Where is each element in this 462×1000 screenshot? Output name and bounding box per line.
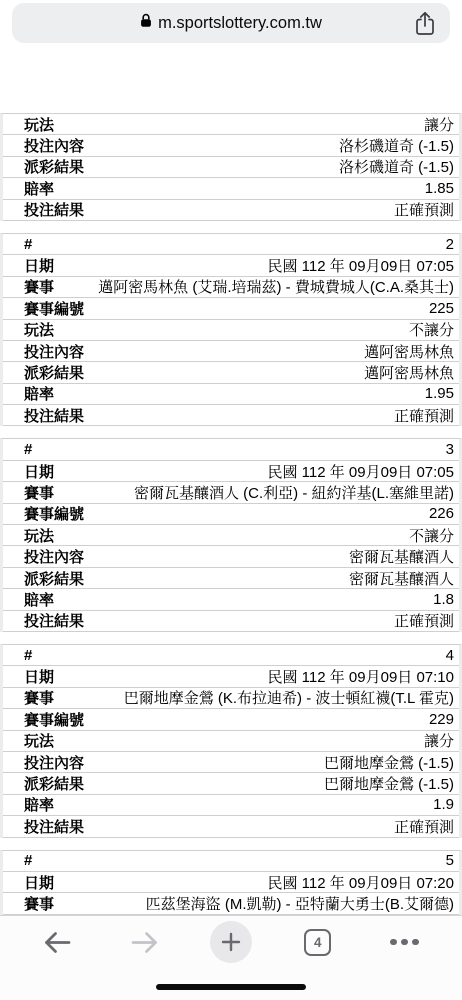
- page-content[interactable]: 玩法讓分投注內容洛杉磯道奇 (-1.5)派彩結果洛杉磯道奇 (-1.5)賠率1.…: [0, 113, 462, 915]
- tabs-button[interactable]: 4: [274, 929, 361, 956]
- row-value: 民國 112 年 09月09日 07:10: [268, 666, 455, 687]
- row-value: 民國 112 年 09月09日 07:20: [268, 872, 455, 893]
- ellipsis-icon: [390, 939, 419, 946]
- address-bar[interactable]: m.sportslottery.com.tw: [12, 3, 450, 43]
- row-value: 讓分: [424, 730, 454, 751]
- row-label: 賽事: [24, 482, 54, 503]
- table-row: 賽事密爾瓦基釀酒人 (C.利亞) - 紐約洋基(L.塞維里諾): [3, 482, 459, 503]
- row-label: 派彩結果: [24, 362, 84, 383]
- row-value: 226: [429, 505, 454, 522]
- row-value: 5: [446, 852, 454, 869]
- back-arrow-icon: [42, 929, 73, 956]
- table-row: 投注結果正確預測: [3, 611, 459, 632]
- record-block: #2日期民國 112 年 09月09日 07:05賽事邁阿密馬林魚 (艾瑞.培瑞…: [0, 233, 462, 427]
- row-label: 派彩結果: [24, 156, 84, 177]
- row-label: 派彩結果: [24, 773, 84, 794]
- row-label: 賽事編號: [24, 709, 84, 730]
- row-label: 投注內容: [24, 135, 84, 156]
- browser-window: 12:26 4G 56 m.sportslottery.com.tw: [0, 3, 462, 1000]
- row-label: 日期: [24, 666, 54, 687]
- row-label: 投注結果: [24, 610, 84, 631]
- table-row: #2: [3, 234, 459, 255]
- row-value: 邁阿密馬林魚: [364, 341, 454, 362]
- row-label: 玩法: [24, 525, 54, 546]
- row-label: 日期: [24, 461, 54, 482]
- table-row: 派彩結果密爾瓦基釀酒人: [3, 568, 459, 589]
- more-button[interactable]: [361, 939, 448, 946]
- row-value: 巴爾地摩金鶯 (-1.5): [324, 773, 454, 794]
- home-indicator[interactable]: [156, 984, 306, 990]
- url-text: m.sportslottery.com.tw: [158, 14, 322, 33]
- table-row: 賽事匹茲堡海盜 (M.凱勒) - 亞特蘭大勇士(B.艾爾德): [3, 893, 459, 914]
- row-value: 巴爾地摩金鶯 (K.布拉迪希) - 波士頓紅襪(T.L 霍克): [124, 687, 454, 708]
- row-label: 投注結果: [24, 199, 84, 220]
- row-label: 投注內容: [24, 341, 84, 362]
- new-tab-button[interactable]: [188, 921, 275, 963]
- row-label: #: [24, 441, 32, 458]
- row-label: 賽事: [24, 893, 54, 914]
- share-button[interactable]: [413, 11, 437, 35]
- table-row: 賠率1.95: [3, 384, 459, 405]
- row-label: 投注結果: [24, 405, 84, 426]
- row-value: 邁阿密馬林魚 (艾瑞.培瑞茲) - 費城費城人(C.A.桑其士): [98, 276, 454, 297]
- table-row: 賽事邁阿密馬林魚 (艾瑞.培瑞茲) - 費城費城人(C.A.桑其士): [3, 277, 459, 298]
- table-row: #5: [3, 851, 459, 872]
- row-label: #: [24, 852, 32, 869]
- row-value: 正確預測: [394, 199, 454, 220]
- table-row: 賠率1.8: [3, 589, 459, 610]
- row-label: #: [24, 647, 32, 664]
- row-value: 不讓分: [409, 319, 454, 340]
- address-bar-row: m.sportslottery.com.tw: [12, 3, 450, 43]
- table-row: 玩法讓分: [3, 114, 459, 135]
- row-label: 賠率: [24, 794, 54, 815]
- table-row: 日期民國 112 年 09月09日 07:10: [3, 666, 459, 687]
- row-label: 日期: [24, 872, 54, 893]
- row-value: 讓分: [424, 114, 454, 135]
- row-label: 賽事: [24, 276, 54, 297]
- table-row: 賽事編號229: [3, 709, 459, 730]
- table-row: 日期民國 112 年 09月09日 07:05: [3, 461, 459, 482]
- row-label: 玩法: [24, 730, 54, 751]
- row-value: 不讓分: [409, 525, 454, 546]
- row-value: 1.85: [425, 180, 454, 197]
- table-row: 投注內容密爾瓦基釀酒人: [3, 546, 459, 567]
- row-value: 225: [429, 300, 454, 317]
- table-row: 玩法讓分: [3, 731, 459, 752]
- row-label: 玩法: [24, 319, 54, 340]
- row-label: 派彩結果: [24, 568, 84, 589]
- row-label: 投注內容: [24, 546, 84, 567]
- record-block: #3日期民國 112 年 09月09日 07:05賽事密爾瓦基釀酒人 (C.利亞…: [0, 438, 462, 632]
- forward-button[interactable]: [101, 929, 188, 956]
- row-label: 玩法: [24, 114, 54, 135]
- row-value: 4: [446, 647, 454, 664]
- table-row: 投注結果正確預測: [3, 200, 459, 221]
- plus-icon: [220, 931, 242, 953]
- record-block: #5日期民國 112 年 09月09日 07:20賽事匹茲堡海盜 (M.凱勒) …: [0, 850, 462, 915]
- row-label: 賠率: [24, 383, 54, 404]
- row-value: 邁阿密馬林魚: [364, 362, 454, 383]
- row-value: 民國 112 年 09月09日 07:05: [268, 255, 455, 276]
- row-label: 賠率: [24, 178, 54, 199]
- lock-icon: [140, 13, 152, 33]
- table-row: 玩法不讓分: [3, 525, 459, 546]
- table-row: 投注內容邁阿密馬林魚: [3, 341, 459, 362]
- row-value: 密爾瓦基釀酒人: [349, 546, 454, 567]
- table-row: #3: [3, 439, 459, 460]
- table-row: #4: [3, 645, 459, 666]
- row-label: 投注內容: [24, 752, 84, 773]
- forward-arrow-icon: [129, 929, 160, 956]
- row-label: 賽事編號: [24, 298, 84, 319]
- row-label: 賠率: [24, 589, 54, 610]
- table-row: 賠率1.9: [3, 795, 459, 816]
- row-value: 229: [429, 711, 454, 728]
- row-value: 洛杉磯道奇 (-1.5): [339, 135, 454, 156]
- table-row: 派彩結果巴爾地摩金鶯 (-1.5): [3, 773, 459, 794]
- row-value: 巴爾地摩金鶯 (-1.5): [324, 752, 454, 773]
- tabs-icon: 4: [304, 929, 331, 956]
- table-row: 賽事編號225: [3, 298, 459, 319]
- table-row: 賽事編號226: [3, 504, 459, 525]
- row-label: 投注結果: [24, 816, 84, 837]
- row-value: 正確預測: [394, 610, 454, 631]
- row-label: 日期: [24, 255, 54, 276]
- table-row: 派彩結果洛杉磯道奇 (-1.5): [3, 157, 459, 178]
- table-row: 賽事巴爾地摩金鶯 (K.布拉迪希) - 波士頓紅襪(T.L 霍克): [3, 688, 459, 709]
- table-row: 日期民國 112 年 09月09日 07:20: [3, 872, 459, 893]
- row-value: 1.95: [425, 385, 454, 402]
- table-row: 賠率1.85: [3, 178, 459, 199]
- row-label: 賽事: [24, 687, 54, 708]
- table-row: 日期民國 112 年 09月09日 07:05: [3, 255, 459, 276]
- row-value: 密爾瓦基釀酒人 (C.利亞) - 紐約洋基(L.塞維里諾): [134, 482, 454, 503]
- row-value: 正確預測: [394, 816, 454, 837]
- table-row: 投注內容洛杉磯道奇 (-1.5): [3, 135, 459, 156]
- table-row: 投注結果正確預測: [3, 405, 459, 426]
- row-value: 匹茲堡海盜 (M.凱勒) - 亞特蘭大勇士(B.艾爾德): [146, 893, 454, 914]
- row-value: 2: [446, 236, 454, 253]
- record-block: #4日期民國 112 年 09月09日 07:10賽事巴爾地摩金鶯 (K.布拉迪…: [0, 644, 462, 838]
- row-value: 3: [446, 441, 454, 458]
- table-row: 投注內容巴爾地摩金鶯 (-1.5): [3, 752, 459, 773]
- records: 玩法讓分投注內容洛杉磯道奇 (-1.5)派彩結果洛杉磯道奇 (-1.5)賠率1.…: [0, 113, 462, 915]
- row-value: 1.8: [433, 591, 454, 608]
- row-label: #: [24, 236, 32, 253]
- record-block: 玩法讓分投注內容洛杉磯道奇 (-1.5)派彩結果洛杉磯道奇 (-1.5)賠率1.…: [0, 113, 462, 221]
- table-row: 玩法不讓分: [3, 320, 459, 341]
- table-row: 投注結果正確預測: [3, 816, 459, 837]
- tab-count-label: 4: [314, 935, 322, 950]
- row-value: 正確預測: [394, 405, 454, 426]
- row-value: 1.9: [433, 796, 454, 813]
- row-label: 賽事編號: [24, 503, 84, 524]
- row-value: 民國 112 年 09月09日 07:05: [268, 461, 455, 482]
- back-button[interactable]: [14, 929, 101, 956]
- row-value: 密爾瓦基釀酒人: [349, 568, 454, 589]
- share-icon: [415, 11, 435, 36]
- row-value: 洛杉磯道奇 (-1.5): [339, 156, 454, 177]
- table-row: 派彩結果邁阿密馬林魚: [3, 362, 459, 383]
